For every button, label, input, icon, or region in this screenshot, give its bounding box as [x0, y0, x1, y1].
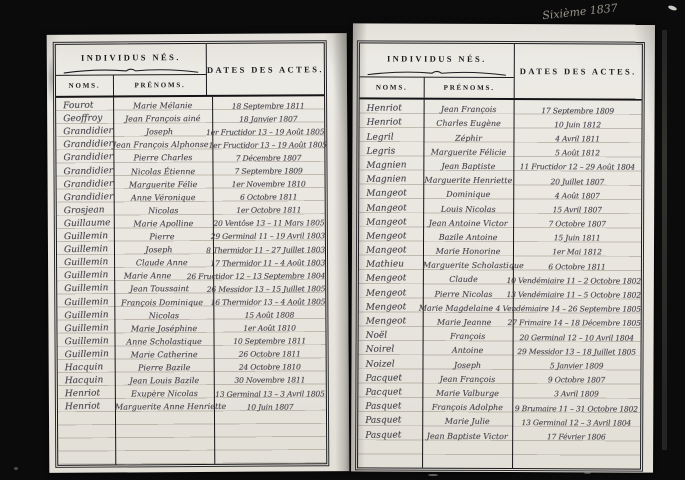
date-cell: 20 Ventôse 13 – 11 Mars 1805: [213, 220, 325, 228]
scan-speck: [428, 474, 438, 476]
table-row: Mengeot Bazile Antoine 15 Juin 1811: [359, 227, 641, 242]
date-cell: 15 Août 1808: [213, 311, 325, 319]
date-cell: 1er Mai 1812: [513, 249, 641, 257]
date-cell: 20 Germinal 12 – 10 Avril 1804: [513, 334, 641, 342]
date-cell: 6 Octobre 1811: [213, 193, 325, 201]
table-row: Henriot Charles Eugène 10 Juin 1812: [360, 114, 642, 129]
table-row: Grandidier Joseph 1er Fructidor 13 – 19 …: [56, 122, 324, 137]
prenom-cell: Nicolas Étienne: [113, 167, 212, 176]
nom-cell: Guillemin: [57, 258, 113, 268]
noms-column-header: NOMS.: [360, 77, 425, 97]
prenom-cell: Pierre: [113, 233, 211, 242]
date-cell: 11 Fructidor 12 – 29 Août 1804: [513, 163, 641, 171]
page-edge-shadow: [333, 33, 350, 471]
nom-cell: Pacquet: [358, 388, 422, 398]
table-row: Guillemin François Dominique 16 Thermido…: [57, 293, 325, 308]
prenom-cell: Marie Jeanne: [421, 319, 508, 327]
date-cell: 6 Octobre 1811: [513, 263, 641, 271]
date-cell: 8 Thermidor 11 – 27 Juillet 1803: [206, 246, 325, 254]
prenom-cell: Jean François Alphonse: [113, 141, 209, 150]
table-row: Grandidier Anne Véronique 6 Octobre 1811: [57, 188, 325, 203]
nom-cell: Guillemin: [57, 245, 112, 255]
nom-cell: Hacquin: [58, 363, 115, 373]
date-cell: 10 Juin 1812: [514, 121, 642, 129]
date-cell: 26 Octobre 1811: [214, 351, 326, 359]
table-row: Guillemin Marie Catherine 26 Octobre 181…: [58, 345, 326, 360]
table-row: Mathieu Marguerite Scholastique 6 Octobr…: [359, 255, 641, 270]
prenom-cell: Jean François: [422, 375, 512, 383]
date-cell: 9 Brumaire 11 – 31 Octobre 1802: [512, 405, 640, 413]
table-row: Hacquin Pierre Bazile 24 Octobre 1810: [58, 358, 326, 373]
date-cell: 10 Septembre 1811: [214, 337, 326, 345]
prenom-cell: Joseph: [112, 246, 206, 255]
table-row: Guillemin Jean Toussaint 26 Messidor 13 …: [57, 280, 325, 295]
nom-cell: Mangeot: [359, 246, 423, 256]
prenoms-column-header: PRÉNOMS.: [425, 78, 514, 98]
nom-cell: Mangeot: [359, 218, 423, 228]
prenom-cell: Jean Baptiste: [423, 163, 513, 171]
nom-cell: Legris: [359, 147, 423, 157]
individus-header-group: INDIVIDUS NÉS. NOMS. PRÉNOMS.: [360, 43, 515, 98]
prenoms-column-header: PRÉNOMS.: [114, 75, 206, 96]
prenom-cell: Anne Véronique: [114, 194, 213, 203]
scan-speck: [14, 467, 18, 470]
nom-cell: Noizel: [358, 360, 422, 370]
prenom-cell: Jean Louis Bazile: [115, 377, 214, 386]
prenom-cell: Joseph: [113, 128, 206, 137]
nom-cell: Guillemin: [57, 271, 108, 281]
date-cell: 7 Décembre 1807: [212, 154, 324, 162]
nom-cell: Mengeot: [359, 275, 421, 285]
table-row: Grandidier Pierre Charles 7 Décembre 180…: [56, 149, 324, 164]
prenom-cell: Pierre Bazile: [115, 364, 214, 373]
prenom-cell: Dominique: [423, 191, 513, 199]
table-row: Grosjean Nicolas 1er Octobre 1811: [57, 201, 325, 216]
nom-cell: Guillemin: [57, 298, 113, 308]
births-table-right: INDIVIDUS NÉS. NOMS. PRÉNOMS. DATES DES …: [357, 42, 643, 469]
table-row: Mangeot Louis Nicolas 15 Avril 1807: [359, 199, 641, 214]
table-row: Hacquin Jean Louis Bazile 30 Novembre 18…: [58, 371, 326, 386]
table-row: Mengeot Marie Jeanne 27 Frimaire 14 – 18…: [359, 312, 641, 327]
nom-cell: Henriot: [360, 104, 424, 114]
nom-cell: Grandidier: [56, 140, 113, 150]
nom-cell: Guillaume: [57, 219, 114, 229]
table-row: Henriot Marguerite Anne Henriette 10 Jui…: [58, 397, 326, 412]
register-page-left: INDIVIDUS NÉS. NOMS. PRÉNOMS. DATES DES …: [47, 33, 350, 473]
table-body: Henriot Jean François 17 Septembre 1809 …: [358, 99, 642, 468]
table-header: INDIVIDUS NÉS. NOMS. PRÉNOMS. DATES DES …: [56, 43, 324, 98]
date-cell: 18 Septembre 1811: [212, 102, 324, 110]
nom-cell: Guillemin: [57, 284, 112, 294]
prenom-cell: Bazile Antoine: [423, 234, 513, 242]
nom-cell: Legril: [359, 133, 423, 143]
prenom-cell: Nicolas: [114, 312, 213, 321]
individus-header-group: INDIVIDUS NÉS. NOMS. PRÉNOMS.: [56, 44, 207, 96]
table-row: Guillemin Marie Anne 26 Fructidor 12 – 1…: [57, 266, 325, 281]
prenom-cell: Anne Scholastique: [115, 338, 214, 347]
table-row: Guillemin Joseph 8 Thermidor 11 – 27 Jui…: [57, 240, 325, 255]
table-row: Grandidier Nicolas Étienne 7 Septembre 1…: [56, 162, 324, 177]
date-cell: 5 Janvier 1809: [512, 362, 640, 370]
date-cell: 13 Germinal 12 – 3 Avril 1804: [512, 419, 640, 427]
register-page-right: INDIVIDUS NÉS. NOMS. PRÉNOMS. DATES DES …: [351, 23, 655, 472]
table-row: Guillemin Claude Anne 17 Thermidor 11 – …: [57, 253, 325, 268]
prenom-cell: Jean Baptiste Victor: [422, 432, 512, 440]
table-row: Pasquet Jean Baptiste Victor 17 Février …: [358, 426, 640, 441]
births-table-left: INDIVIDUS NÉS. NOMS. PRÉNOMS. DATES DES …: [55, 42, 328, 466]
subheader: NOMS. PRÉNOMS.: [360, 76, 514, 98]
table-header: INDIVIDUS NÉS. NOMS. PRÉNOMS. DATES DES …: [360, 43, 642, 100]
nom-cell: Noël: [359, 331, 423, 341]
date-cell: 10 Vendémiaire 11 – 2 Octobre 1802: [507, 277, 641, 285]
table-row: Geoffroy Jean François ainé 18 Janvier 1…: [56, 109, 324, 124]
prenom-cell: Marie Apolline: [114, 220, 213, 229]
date-cell: 18 Janvier 1807: [212, 115, 324, 123]
table-row: Noël François 20 Germinal 12 – 10 Avril …: [359, 326, 641, 341]
prenom-cell: Marguerite Henriette: [423, 177, 513, 185]
table-row: Noirel Antoine 29 Messidor 13 – 18 Juill…: [359, 341, 641, 356]
prenom-cell: Marguerite Félicie: [423, 148, 513, 156]
prenom-cell: Nicolas: [114, 207, 213, 216]
date-cell: 30 Novembre 1811: [214, 377, 326, 385]
prenom-cell: Joseph: [422, 361, 512, 369]
table-row: Guillemin Marie Joséphine 1er Août 1810: [57, 319, 325, 334]
nom-cell: Noirel: [358, 345, 422, 355]
date-cell: 15 Avril 1807: [513, 206, 641, 214]
table-row: Mangeot Jean Antoine Victor 7 Octobre 18…: [359, 213, 641, 228]
date-cell: 7 Septembre 1809: [212, 167, 324, 175]
nom-cell: Grosjean: [57, 206, 114, 216]
date-cell: 4 Vendémiaire 14 – 26 Septembre 1805: [496, 305, 641, 313]
table-row: Henriot Jean François 17 Septembre 1809: [360, 99, 642, 114]
nom-cell: Guillemin: [57, 232, 113, 242]
prenom-cell: Exupère Nicolas: [115, 390, 214, 399]
table-row: Guillemin Anne Scholastique 10 Septembre…: [57, 332, 325, 347]
table-row: Mangeot Dominique 4 Août 1807: [359, 184, 641, 199]
table-row: Grandidier Jean François Alphonse 1er Fr…: [56, 136, 324, 151]
nom-cell: Mengeot: [359, 303, 416, 313]
date-cell: 13 Germinal 13 – 3 Avril 1805: [214, 390, 326, 398]
prenom-cell: Marie Valburge: [422, 390, 512, 398]
table-row: Magnien Jean Baptiste 11 Fructidor 12 – …: [359, 156, 641, 171]
nom-cell: Mathieu: [359, 260, 423, 270]
table-row: Pacquet Jean François 9 Octobre 1807: [358, 369, 640, 384]
table-row: Legril Zéphir 4 Avril 1811: [359, 128, 641, 143]
date-cell: 4 Août 1807: [513, 192, 641, 200]
date-cell: 24 Octobre 1810: [214, 364, 326, 372]
prenom-cell: François Adolphe: [422, 404, 512, 412]
prenom-cell: Jean Toussaint: [112, 285, 207, 294]
nom-cell: Mengeot: [359, 232, 423, 242]
prenom-cell: Marguerite Anne Henriette: [115, 403, 214, 412]
nom-cell: Magnien: [359, 161, 423, 171]
noms-column-header: NOMS.: [56, 76, 114, 96]
prenom-cell: Marguerite Félie: [114, 181, 213, 190]
date-cell: 1er Fructidor 13 – 19 Août 1805: [206, 128, 324, 136]
table-row: Mengeot Claude 10 Vendémiaire 11 – 2 Oct…: [359, 270, 641, 285]
nom-cell: Henriot: [58, 389, 115, 399]
date-cell: 7 Octobre 1807: [513, 220, 641, 228]
nom-cell: Grandidier: [56, 127, 113, 137]
date-cell: 4 Avril 1811: [513, 135, 641, 143]
date-cell: 17 Septembre 1809: [514, 107, 642, 115]
date-cell: 15 Juin 1811: [513, 234, 641, 242]
date-cell: 5 Août 1812: [513, 149, 641, 157]
table-row: Mengeot Marie Magdelaine 4 Vendémiaire 1…: [359, 298, 641, 313]
date-cell: 3 Avril 1809: [512, 390, 640, 398]
nom-cell: Geoffroy: [56, 114, 113, 124]
date-cell: 1er Août 1810: [213, 324, 325, 332]
scan-page-edge: [662, 30, 667, 450]
table-row: Noizel Joseph 5 Janvier 1809: [358, 355, 640, 370]
date-cell: 29 Germinal 11 – 19 Avril 1803: [211, 233, 325, 241]
date-cell: 1er Novembre 1810: [213, 180, 325, 188]
table-row: Mangeot Marie Honorine 1er Mai 1812: [359, 241, 641, 256]
nom-cell: Magnien: [359, 175, 423, 185]
table-row: Mengeot Pierre Nicolas 13 Vendémiaire 11…: [359, 284, 641, 299]
table-row: Legris Marguerite Félicie 5 Août 1812: [359, 142, 641, 157]
date-cell: 17 Février 1806: [512, 433, 640, 441]
nom-cell: Pasquet: [358, 416, 422, 426]
date-cell: 26 Messidor 13 – 15 Juillet 1805: [207, 285, 326, 293]
prenom-cell: Jean François: [424, 106, 514, 114]
prenom-cell: Louis Nicolas: [423, 205, 513, 213]
prenom-cell: Claude: [420, 276, 506, 284]
rows-container: Fourot Marie Mélanie 18 Septembre 1811 G…: [56, 96, 326, 465]
nom-cell: Fourot: [56, 101, 113, 111]
prenom-cell: Marie Honorine: [423, 248, 513, 256]
table-row: Henriot Exupère Nicolas 13 Germinal 13 –…: [58, 384, 326, 399]
scan-speck: [668, 5, 678, 12]
nom-cell: Grandidier: [57, 193, 114, 203]
date-cell: 9 Octobre 1807: [512, 376, 640, 384]
nom-cell: Guillemin: [57, 337, 114, 347]
nom-cell: Henriot: [58, 402, 115, 412]
prenom-cell: Pierre Charles: [113, 154, 212, 163]
date-cell: 16 Thermidor 13 – 4 Août 1805: [211, 298, 326, 306]
table-body: Fourot Marie Mélanie 18 Septembre 1811 G…: [56, 96, 326, 465]
nom-cell: Mangeot: [359, 189, 423, 199]
prenom-cell: Marie Julie: [422, 418, 512, 426]
nom-cell: Hacquin: [58, 376, 115, 386]
nom-cell: Pacquet: [358, 374, 422, 384]
individus-nes-label: INDIVIDUS NÉS.: [56, 44, 206, 68]
rows-container: Henriot Jean François 17 Septembre 1809 …: [358, 99, 642, 468]
table-row: Magnien Marguerite Henriette 20 Juillet …: [359, 170, 641, 185]
table-row: Pasquet Marie Julie 13 Germinal 12 – 3 A…: [358, 411, 640, 426]
table-row: Guillemin Nicolas 15 Août 1808: [57, 306, 325, 321]
table-row: Pasquet François Adolphe 9 Brumaire 11 –…: [358, 397, 640, 412]
nom-cell: Mengeot: [359, 289, 421, 299]
prenom-cell: Jean Antoine Victor: [423, 219, 513, 227]
prenom-cell: Pierre Nicolas: [420, 290, 506, 298]
nom-cell: Mengeot: [359, 317, 421, 327]
subheader: NOMS. PRÉNOMS.: [56, 74, 206, 96]
prenom-cell: Claude Anne: [113, 259, 210, 268]
nom-cell: Pasquet: [358, 402, 422, 412]
table-row: Grandidier Marguerite Félie 1er Novembre…: [57, 175, 325, 190]
prenom-cell: Marie Joséphine: [114, 325, 213, 334]
prenom-cell: Zéphir: [423, 134, 513, 142]
date-cell: 10 Juin 1807: [214, 403, 326, 411]
date-cell: 17 Thermidor 11 – 4 Août 1803: [210, 259, 325, 267]
table-row: Fourot Marie Mélanie 18 Septembre 1811: [56, 96, 324, 111]
dates-des-actes-header: DATES DES ACTES.: [515, 44, 642, 99]
date-cell: 20 Juillet 1807: [513, 178, 641, 186]
prenom-cell: Marguerite Scholastique: [423, 262, 513, 270]
prenom-cell: François: [423, 333, 513, 341]
prenom-cell: Antoine: [423, 347, 513, 355]
page-number-annotation: Sixième 1837: [542, 0, 663, 22]
prenom-cell: Jean François ainé: [113, 115, 212, 124]
nom-cell: Guillemin: [57, 324, 114, 334]
dates-des-actes-header: DATES DES ACTES.: [207, 43, 324, 95]
date-cell: 13 Vendémiaire 11 – 5 Octobre 1802: [506, 291, 640, 299]
prenom-cell: Marie Anne: [108, 272, 186, 280]
prenom-cell: Charles Eugène: [424, 120, 514, 128]
table-row: Guillaume Marie Apolline 20 Ventôse 13 –…: [57, 214, 325, 229]
nom-cell: Mangeot: [359, 204, 423, 214]
nom-cell: Guillemin: [57, 311, 114, 321]
nom-cell: Grandidier: [56, 180, 113, 190]
nom-cell: Pasquet: [358, 431, 422, 441]
prenom-cell: François Dominique: [113, 298, 210, 307]
date-cell: 1er Fructidor 13 – 19 Août 1805: [209, 141, 327, 149]
date-cell: 1er Octobre 1811: [213, 206, 325, 214]
prenom-cell: Marie Magdelaine: [416, 304, 496, 312]
table-row: Pacquet Marie Valburge 3 Avril 1809: [358, 383, 640, 398]
nom-cell: Henriot: [359, 118, 423, 128]
nom-cell: Guillemin: [58, 350, 115, 360]
date-cell: 26 Fructidor 12 – 13 Septembre 1804: [187, 272, 326, 280]
table-row: Guillemin Pierre 29 Germinal 11 – 19 Avr…: [57, 227, 325, 242]
prenom-cell: Marie Catherine: [115, 351, 214, 360]
individus-nes-label: INDIVIDUS NÉS.: [360, 43, 514, 70]
nom-cell: Grandidier: [56, 167, 113, 177]
prenom-cell: Marie Mélanie: [113, 102, 212, 111]
date-cell: 27 Frimaire 14 – 18 Décembre 1805: [508, 319, 641, 327]
date-cell: 29 Messidor 13 – 18 Juillet 1805: [513, 348, 641, 356]
